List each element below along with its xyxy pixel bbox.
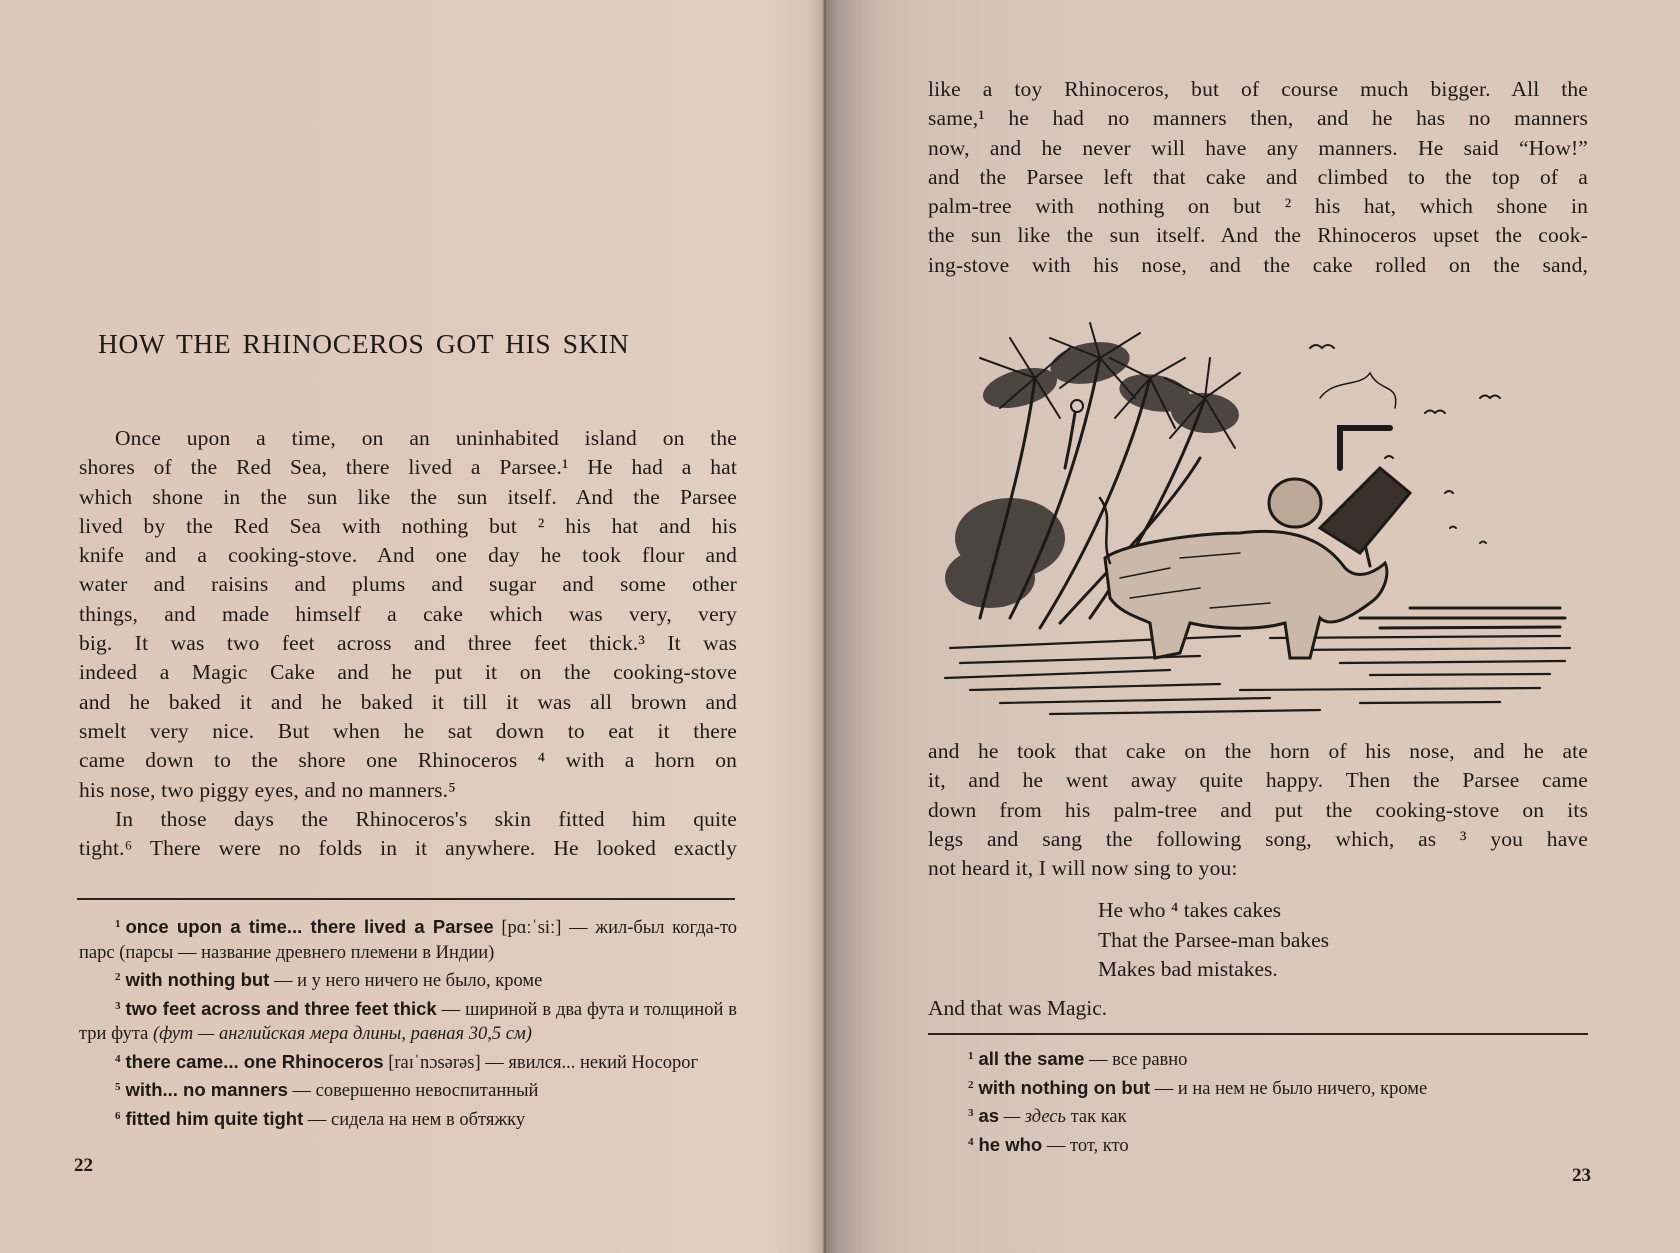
page-number-right: 23 (1572, 1165, 1591, 1187)
poem-line: He who ⁴ takes cakes (1098, 896, 1329, 926)
text-line: lived by the Red Sea with nothing but ² … (79, 512, 737, 541)
text-line: water and raisins and plums and sugar an… (79, 570, 737, 599)
text-line: shores of the Red Sea, there lived a Par… (79, 453, 737, 482)
text-line: his nose, two piggy eyes, and no manners… (79, 776, 737, 805)
text-line: ing-stove with his nose, and the cake ro… (928, 251, 1588, 280)
text-line: which shone in the sun like the sun itse… (79, 483, 737, 512)
right-bottom-text: and he took that cake on the horn of his… (928, 737, 1588, 883)
text-line: and he took that cake on the horn of his… (928, 737, 1588, 766)
text-line: legs and sang the following song, which,… (928, 825, 1588, 854)
story-title: HOW THE RHINOCEROS GOT HIS SKIN (98, 328, 738, 360)
paragraph-2: In those days the Rhinoceros's skin fitt… (79, 805, 737, 864)
left-footnotes: 1once upon a time... there lived a Parse… (79, 912, 737, 1132)
text-line: palm-tree with nothing on but ² his hat,… (928, 192, 1588, 221)
text-line: indeed a Magic Cake and he put it on the… (79, 658, 737, 687)
text-line: it, and he went away quite happy. Then t… (928, 766, 1588, 795)
paragraph-1: Once upon a time, on an uninhabited isla… (79, 424, 737, 805)
text-line: things, and made himself a cake which wa… (79, 600, 737, 629)
poem-line: Makes bad mistakes. (1098, 955, 1329, 985)
closing-line: And that was Magic. (928, 996, 1107, 1021)
footnote-2: 2with nothing but — и у него ничего не б… (79, 965, 737, 994)
text-line: down from his palm-tree and put the cook… (928, 796, 1588, 825)
footnote-1: 1all the same — все равно (968, 1044, 1588, 1073)
text-line: knife and a cooking-stove. And one day h… (79, 541, 737, 570)
text-line: came down to the shore one Rhinoceros ⁴ … (79, 746, 737, 775)
rhinoceros-illustration (940, 318, 1580, 730)
text-line: Once upon a time, on an uninhabited isla… (79, 424, 737, 453)
footnote-divider (77, 898, 735, 900)
poem: He who ⁴ takes cakes That the Parsee-man… (1098, 896, 1329, 985)
left-page: HOW THE RHINOCEROS GOT HIS SKIN Once upo… (0, 0, 826, 1253)
text-line: the sun like the sun itself. And the Rhi… (928, 221, 1588, 250)
footnote-2: 2with nothing on but — и на нем не было … (968, 1073, 1588, 1102)
footnote-3: 3two feet across and three feet thick — … (79, 994, 737, 1047)
page-number-left: 22 (74, 1155, 93, 1177)
rhinoceros-drawing-icon (940, 318, 1580, 730)
footnote-divider (928, 1033, 1588, 1035)
text-line: smelt very nice. But when he sat down to… (79, 717, 737, 746)
footnote-3: 3as — здесь так как (968, 1101, 1588, 1130)
footnote-1: 1once upon a time... there lived a Parse… (79, 912, 737, 965)
text-line: like a toy Rhinoceros, but of course muc… (928, 75, 1588, 104)
text-line: now, and he never will have any manners.… (928, 134, 1588, 163)
book-spread: HOW THE RHINOCEROS GOT HIS SKIN Once upo… (0, 0, 1680, 1253)
right-footnotes: 1all the same — все равно 2with nothing … (968, 1044, 1588, 1158)
text-line: same,¹ he had no manners then, and he ha… (928, 104, 1588, 133)
text-line: and the Parsee left that cake and climbe… (928, 163, 1588, 192)
text-line: not heard it, I will now sing to you: (928, 854, 1588, 883)
text-line: and he baked it and he baked it till it … (79, 688, 737, 717)
text-line: big. It was two feet across and three fe… (79, 629, 737, 658)
footnote-4: 4there came... one Rhinoceros [raɪˈnɔsər… (79, 1047, 737, 1076)
text-line: tight.⁶ There were no folds in it anywhe… (79, 834, 737, 863)
right-top-text: like a toy Rhinoceros, but of course muc… (928, 75, 1588, 280)
footnote-6: 6fitted him quite tight — сидела на нем … (79, 1104, 737, 1133)
text-line: In those days the Rhinoceros's skin fitt… (79, 805, 737, 834)
footnote-4: 4he who — тот, кто (968, 1130, 1588, 1159)
left-body-text: Once upon a time, on an uninhabited isla… (79, 424, 737, 863)
footnote-5: 5with... no manners — совершенно невоспи… (79, 1075, 737, 1104)
poem-line: That the Parsee-man bakes (1098, 926, 1329, 956)
